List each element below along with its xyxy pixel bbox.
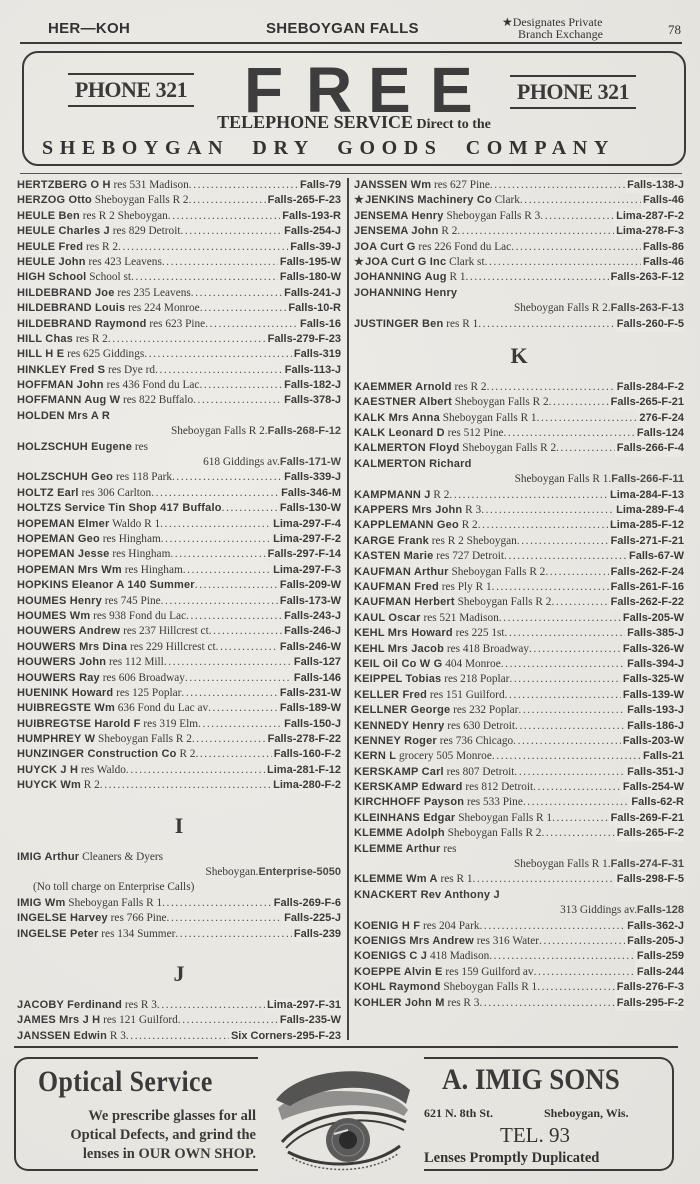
listing-name: IMIG Wm bbox=[17, 897, 65, 909]
listing-phone: Falls-298-F-5 bbox=[615, 872, 684, 887]
listing-phone: Falls-128 bbox=[637, 904, 684, 916]
listing-row: HUMPHREY W Sheboygan Falls R 2..........… bbox=[17, 732, 341, 747]
listing-phone: Falls-259 bbox=[635, 949, 684, 964]
listing-detail: R 2 bbox=[441, 225, 457, 237]
listing-continuation: 618 Giddings av.Falls-171-W bbox=[17, 455, 341, 470]
listing-detail: Waldo R 1 bbox=[112, 518, 160, 530]
listing-text: JOHANNING Henry bbox=[354, 286, 684, 301]
listing-row: HOLTZS Service Tin Shop 417 Buffalo.....… bbox=[17, 501, 341, 516]
listing-phone: Lima-281-F-12 bbox=[265, 763, 341, 778]
listing-name: JENKINS Machinery Co bbox=[354, 194, 492, 206]
listing-row: KERSKAMP Edward res 812 Detroit.........… bbox=[354, 780, 684, 795]
listing-row: HUYCK Wm R 2............................… bbox=[17, 778, 341, 793]
listing-name: HOLTZ Earl bbox=[17, 487, 79, 499]
listing-name: KASTEN Marie bbox=[354, 550, 433, 562]
listing-name: HOUWERS Andrew bbox=[17, 625, 120, 637]
listing-name: HERTZBERG O H bbox=[17, 179, 111, 191]
listing-phone: Falls-239 bbox=[292, 927, 341, 942]
listing-phone: Falls-205-W bbox=[621, 611, 684, 626]
listing-text: KALK Mrs Anna Sheboygan Falls R 1.......… bbox=[354, 411, 684, 426]
listing-detail: res 125 Poplar bbox=[116, 687, 181, 699]
optical-ad-line: lenses in OUR OWN SHOP. bbox=[26, 1145, 256, 1164]
listing-phone: Falls-160-F-2 bbox=[272, 747, 341, 762]
listing-detail: res 938 Fond du Lac bbox=[93, 610, 186, 622]
listing-text: HILDEBRAND Raymond res 623 Pine.........… bbox=[17, 317, 341, 332]
listing-row: HOPEMAN Mrs Wm res Hingham..............… bbox=[17, 563, 341, 578]
listing-row: IMIG Arthur Cleaners & Dyers bbox=[17, 850, 341, 865]
listing-detail: res Hingham bbox=[125, 564, 183, 576]
listing-detail: res 151 Guilford bbox=[430, 689, 505, 701]
section-gap bbox=[17, 942, 341, 950]
listing-text: HERTZBERG O H res 531 Madison...........… bbox=[17, 178, 341, 193]
listing-detail: res 418 Broadway bbox=[447, 643, 529, 655]
ad-service-small: Direct to the bbox=[413, 117, 491, 132]
ad-service-line: TELEPHONE SERVICE Direct to the bbox=[24, 112, 684, 133]
listing-name: KERN L bbox=[354, 750, 396, 762]
directory-page: HER—KOH SHEBOYGAN FALLS ★Designates Priv… bbox=[0, 0, 700, 1184]
section-letter: J bbox=[17, 950, 341, 998]
listing-continuation: Sheboygan Falls R 1.Falls-274-F-31 bbox=[354, 857, 684, 872]
listing-detail: res 627 Pine bbox=[434, 179, 490, 191]
listing-phone: Falls-244 bbox=[635, 965, 684, 980]
listing-name: KENNEDY Henry bbox=[354, 720, 444, 732]
listing-row: JOA Curt G Inc Clark st.................… bbox=[354, 255, 684, 270]
listing-phone: Falls-130-W bbox=[278, 501, 341, 516]
alpha-range: HER—KOH bbox=[48, 20, 130, 37]
listing-phone: Lima-287-F-2 bbox=[614, 209, 684, 224]
listing-detail: res Hingham bbox=[112, 548, 170, 560]
listing-row: KALK Mrs Anna Sheboygan Falls R 1.......… bbox=[354, 411, 684, 426]
listing-name: HEULE John bbox=[17, 256, 86, 268]
listing-text: HOLDEN Mrs A R bbox=[17, 409, 341, 424]
listing-address: Sheboygan Falls R 1 bbox=[514, 858, 608, 870]
listing-row: KLEMME Arthur res bbox=[354, 842, 684, 857]
listing-row: JOA Curt G res 226 Fond du Lac..........… bbox=[354, 240, 684, 255]
listing-phone: Falls-326-W bbox=[621, 642, 684, 657]
listing-row: JACOBY Ferdinand res R 3................… bbox=[17, 998, 341, 1013]
listing-detail: R 1 bbox=[449, 271, 465, 283]
listing-phone: Falls-231-W bbox=[278, 686, 341, 701]
listing-row: KERN L grocery 505 Monroe...............… bbox=[354, 749, 684, 764]
listing-row: HOUWERS Mrs Dina res 229 Hillcrest ct...… bbox=[17, 640, 341, 655]
listing-name: KALMERTON Floyd bbox=[354, 442, 459, 454]
ad-phone-left: PHONE 321 bbox=[68, 73, 194, 107]
listing-name: KALMERTON Richard bbox=[354, 458, 471, 470]
imig-ad-tel: TEL. 93 bbox=[500, 1123, 570, 1148]
listing-row: JENKINS Machinery Co Clark..............… bbox=[354, 193, 684, 208]
listing-text: JENKINS Machinery Co Clark..............… bbox=[354, 193, 684, 208]
listing-phone: Falls-62-R bbox=[629, 795, 684, 810]
listing-name: KEIL Oil Co W G bbox=[354, 658, 442, 670]
listing-phone: Lima-285-F-12 bbox=[608, 518, 684, 533]
listing-phone: Lima-280-F-2 bbox=[271, 778, 341, 793]
listing-name: HILL Chas bbox=[17, 333, 73, 345]
listing-address: 313 Giddings av bbox=[560, 904, 634, 916]
listing-name: HOUMES Henry bbox=[17, 595, 102, 607]
listing-name: JOHANNING Henry bbox=[354, 287, 457, 299]
listing-name: KOEPPE Alvin E bbox=[354, 966, 443, 978]
listing-row: KLEINHANS Edgar Sheboygan Falls R 1.....… bbox=[354, 811, 684, 826]
listing-detail: res 204 Park bbox=[423, 920, 479, 932]
listing-phone: Falls-243-J bbox=[282, 609, 341, 624]
ad-free-headline: F R E E bbox=[242, 62, 488, 118]
listing-phone: Lima-297-F-31 bbox=[265, 998, 341, 1013]
listing-name: HOLZSCHUH Eugene bbox=[17, 441, 132, 453]
listing-name: JANSSEN Edwin bbox=[17, 1030, 107, 1042]
listing-detail: res Ply R 1 bbox=[442, 581, 492, 593]
listing-continuation: Sheboygan Falls R 1.Falls-266-F-11 bbox=[354, 472, 684, 487]
section-letter: I bbox=[17, 802, 341, 850]
listing-detail: res 766 Pine bbox=[111, 912, 167, 924]
listing-detail: R 2 bbox=[179, 748, 195, 760]
listing-detail: res 121 Guilford bbox=[103, 1014, 178, 1026]
optical-ad-line: Optical Defects, and grind the bbox=[26, 1126, 256, 1145]
listing-detail: R 3 bbox=[465, 504, 481, 516]
listing-phone: Lima-284-F-13 bbox=[608, 488, 684, 503]
listing-phone: Falls-235-W bbox=[278, 1013, 341, 1028]
listing-row: KIRCHHOFF Payson res 533 Pine...........… bbox=[354, 795, 684, 810]
listing-row: INGELSE Peter res 134 Summer............… bbox=[17, 927, 341, 942]
listing-name: KAUFMAN Fred bbox=[354, 581, 439, 593]
listing-note: (No toll charge on Enterprise Calls) bbox=[17, 880, 341, 895]
listing-name: KAUFMAN Herbert bbox=[354, 596, 455, 608]
listing-name: IMIG Arthur bbox=[17, 851, 79, 863]
listing-detail: Sheboygan Falls R 1 bbox=[68, 897, 162, 909]
listing-row: Sheboygan Falls R 1.Falls-266-F-11 bbox=[354, 472, 684, 487]
listing-name: HEULE Fred bbox=[17, 241, 83, 253]
listing-detail: res 745 Pine bbox=[105, 595, 161, 607]
listing-detail: School st bbox=[89, 271, 131, 283]
listing-phone: Falls-268-F-12 bbox=[268, 425, 341, 437]
listing-name: HOFFMANN Aug W bbox=[17, 394, 120, 406]
listing-row: Sheboygan.Enterprise-5050 bbox=[17, 865, 341, 880]
listing-phone: Enterprise-5050 bbox=[258, 866, 341, 878]
listing-phone: Falls-319 bbox=[292, 347, 341, 362]
listing-address: 618 Giddings av bbox=[203, 456, 277, 468]
listing-detail: res 807 Detroit bbox=[447, 766, 515, 778]
listing-row: HOPEMAN Jesse res Hingham...............… bbox=[17, 547, 341, 562]
listing-row: HUNZINGER Construction Co R 2...........… bbox=[17, 747, 341, 762]
listing-name: HOLDEN Mrs A R bbox=[17, 410, 110, 422]
listing-row: HOUWERS Ray res 606 Broadway............… bbox=[17, 671, 341, 686]
listing-phone: Falls-79 bbox=[298, 178, 341, 193]
listing-continuation: Sheboygan Falls R 2.Falls-263-F-13 bbox=[354, 301, 684, 316]
listing-name: HUNZINGER Construction Co bbox=[17, 748, 177, 760]
listing-address: Sheboygan bbox=[205, 866, 255, 878]
listing-name: KLEMME Wm A bbox=[354, 873, 438, 885]
listing-phone: Falls-265-F-2 bbox=[615, 826, 684, 841]
listing-row: Sheboygan Falls R 2.Falls-263-F-13 bbox=[354, 301, 684, 316]
listing-row: HEULE Fred res R 2......................… bbox=[17, 240, 341, 255]
listing-phone: Falls-193-J bbox=[625, 703, 684, 718]
ad-service-big: TELEPHONE SERVICE bbox=[217, 112, 413, 132]
listing-name: KIRCHHOFF Payson bbox=[354, 796, 464, 808]
listing-detail: Clark bbox=[495, 194, 520, 206]
listing-phone: Falls-263-F-13 bbox=[611, 302, 684, 314]
listing-name: HOPEMAN Mrs Wm bbox=[17, 564, 122, 576]
imig-ad-address: 621 N. 8th St. bbox=[424, 1106, 493, 1121]
listing-detail: Sheboygan Falls R 3 bbox=[446, 210, 540, 222]
listing-row: HOUWERS Andrew res 237 Hillcrest ct.....… bbox=[17, 624, 341, 639]
listing-row: KAESTNER Albert Sheboygan Falls R 2.....… bbox=[354, 395, 684, 410]
listing-row: HERTZBERG O H res 531 Madison...........… bbox=[17, 178, 341, 193]
listing-row: HOLTZ Earl res 306 Carlton..............… bbox=[17, 486, 341, 501]
listing-text: JOA Curt G res 226 Fond du Lac..........… bbox=[354, 240, 684, 255]
listing-detail: res R 3 bbox=[447, 997, 479, 1009]
section-gap bbox=[17, 794, 341, 802]
listing-detail: res 226 Fond du Lac bbox=[418, 241, 511, 253]
listing-name: HINKLEY Fred S bbox=[17, 364, 105, 376]
listing-row: JANSSEN Edwin R 3.......................… bbox=[17, 1029, 341, 1044]
listing-detail: res 727 Detroit bbox=[436, 550, 504, 562]
listing-row: KELLNER George res 232 Poplar...........… bbox=[354, 703, 684, 718]
pbx-note: ★Designates Private Branch Exchange bbox=[502, 16, 603, 40]
listing-detail: res 606 Broadway bbox=[103, 672, 185, 684]
listing-detail: res 512 Pine bbox=[448, 427, 504, 439]
listing-phone: Falls-186-J bbox=[625, 719, 684, 734]
listing-detail: res 316 Water bbox=[477, 935, 539, 947]
listing-phone: Falls-67-W bbox=[627, 549, 684, 564]
listing-name: HOUMES Wm bbox=[17, 610, 90, 622]
optical-ad-body: We prescribe glasses for all Optical Def… bbox=[26, 1107, 256, 1164]
listing-name: KAUFMAN Arthur bbox=[354, 566, 449, 578]
listing-detail: res 423 Leavens bbox=[88, 256, 161, 268]
listing-detail: res 531 Madison bbox=[113, 179, 188, 191]
listing-phone: Falls-262-F-22 bbox=[609, 595, 684, 610]
listing-name: KERSKAMP Edward bbox=[354, 781, 463, 793]
listing-detail: Sheboygan Falls R 2 bbox=[452, 566, 546, 578]
listing-detail: res 736 Chicago bbox=[440, 735, 513, 747]
listing-row: KASTEN Marie res 727 Detroit............… bbox=[354, 549, 684, 564]
listing-name: HOPEMAN Elmer bbox=[17, 518, 109, 530]
listing-row: KENNEDY Henry res 630 Detroit...........… bbox=[354, 719, 684, 734]
listing-name: HUIBREGSTE Wm bbox=[17, 702, 115, 714]
listing-name: HILL H E bbox=[17, 348, 64, 360]
header-rule bbox=[20, 42, 682, 44]
listing-phone: 276-F-24 bbox=[637, 411, 684, 426]
listing-row: 313 Giddings av.Falls-128 bbox=[354, 903, 684, 918]
listing-row: JOHANNING Aug R 1.......................… bbox=[354, 270, 684, 285]
listing-detail: res Waldo bbox=[81, 764, 126, 776]
listing-detail: R 2 bbox=[433, 489, 449, 501]
listing-phone: Lima-289-F-4 bbox=[614, 503, 684, 518]
listing-phone: Falls-139-W bbox=[621, 688, 684, 703]
listing-detail: res 812 Detroit bbox=[465, 781, 533, 793]
listing-row: HEULE Ben res R 2 Sheboygan.............… bbox=[17, 209, 341, 224]
listing-row: KOHL Raymond Sheboygan Falls R 1........… bbox=[354, 980, 684, 995]
listing-row: 618 Giddings av.Falls-171-W bbox=[17, 455, 341, 470]
listing-detail: 404 Monroe bbox=[445, 658, 501, 670]
listing-detail: res Dye rd bbox=[108, 364, 155, 376]
listing-detail: res 118 Park bbox=[116, 471, 172, 483]
listing-text: HOLZSCHUH Eugene res bbox=[17, 440, 341, 455]
listing-row: KALMERTON Floyd Sheboygan Falls R 2.....… bbox=[354, 441, 684, 456]
listing-text: KNACKERT Rev Anthony J bbox=[354, 888, 684, 903]
listing-name: HOPEMAN Geo bbox=[17, 533, 100, 545]
listing-row: KARGE Frank res R 2 Sheboygan...........… bbox=[354, 534, 684, 549]
listing-phone: Falls-279-F-23 bbox=[266, 332, 341, 347]
listing-detail: res 625 Giddings bbox=[67, 348, 144, 360]
listing-row: HUIBREGSTE Wm 636 Fond du Lac av........… bbox=[17, 701, 341, 716]
dry-goods-ad: PHONE 321 F R E E PHONE 321 TELEPHONE SE… bbox=[22, 51, 686, 166]
listing-detail: res 229 Hillcrest ct bbox=[130, 641, 216, 653]
listing-phone: Falls-138-J bbox=[625, 178, 684, 193]
listing-row: KAMPMANN J R 2..........................… bbox=[354, 488, 684, 503]
listing-row: KEIPPEL Tobias res 218 Poplar...........… bbox=[354, 672, 684, 687]
listing-phone: Falls-203-W bbox=[621, 734, 684, 749]
listing-continuation: Sheboygan Falls R 2.Falls-268-F-12 bbox=[17, 424, 341, 439]
listing-row: HOPEMAN Geo res Hingham.................… bbox=[17, 532, 341, 547]
right-column: JANSSEN Wm res 627 Pine.................… bbox=[354, 178, 684, 1011]
listing-detail: res 829 Detroit bbox=[113, 225, 181, 237]
listing-row: KAPPERS Mrs John R 3....................… bbox=[354, 503, 684, 518]
listing-name: JENSEMA John bbox=[354, 225, 439, 237]
listing-row: KELLER Fred res 151 Guilford............… bbox=[354, 688, 684, 703]
listing-name: HUIBREGTSE Harold F bbox=[17, 718, 141, 730]
listing-phone: Falls-265-F-21 bbox=[609, 395, 684, 410]
listing-phone: Lima-278-F-3 bbox=[614, 224, 684, 239]
listing-phone: Falls-173-W bbox=[278, 594, 341, 609]
listing-continuation: Sheboygan.Enterprise-5050 bbox=[17, 865, 341, 880]
listing-phone: Falls-254-W bbox=[621, 780, 684, 795]
listing-detail: res 306 Carlton bbox=[82, 487, 152, 499]
ad-company-name: SHEBOYGAN DRY GOODS COMPANY bbox=[42, 137, 668, 160]
listing-row: JOHANNING Henry bbox=[354, 286, 684, 301]
listing-detail: Sheboygan Falls R 2 bbox=[458, 596, 552, 608]
listing-name: HEULE Ben bbox=[17, 210, 80, 222]
listing-phone: Falls-261-F-16 bbox=[609, 580, 684, 595]
listing-phone: Falls-266-F-4 bbox=[615, 441, 684, 456]
listing-name: HUMPHREY W bbox=[17, 733, 95, 745]
listing-phone: Falls-124 bbox=[635, 426, 684, 441]
listing-text: IMIG Arthur Cleaners & Dyers bbox=[17, 850, 341, 865]
free-letter: E bbox=[368, 62, 411, 118]
listing-row: JENSEMA Henry Sheboygan Falls R 3.......… bbox=[354, 209, 684, 224]
listing-row: HUYCK J H res Waldo.....................… bbox=[17, 763, 341, 778]
listing-row: HOUWERS John res 112 Mill...............… bbox=[17, 655, 341, 670]
listing-row: IMIG Wm Sheboygan Falls R 1.............… bbox=[17, 896, 341, 911]
listing-phone: Falls-274-F-31 bbox=[611, 858, 684, 870]
listing-detail: res 224 Monroe bbox=[128, 302, 200, 314]
listing-detail: res R 2 bbox=[86, 241, 118, 253]
listing-phone: Falls-385-J bbox=[625, 626, 684, 641]
listing-address: Sheboygan Falls R 1 bbox=[515, 473, 609, 485]
listing-phone: Falls-265-F-23 bbox=[266, 193, 341, 208]
listing-phone: Falls-189-W bbox=[278, 701, 341, 716]
listing-row: HOUMES Henry res 745 Pine...............… bbox=[17, 594, 341, 609]
listing-name: KNACKERT Rev Anthony J bbox=[354, 889, 500, 901]
listing-phone: Falls-362-J bbox=[625, 919, 684, 934]
listing-phone: Lima-297-F-4 bbox=[271, 517, 341, 532]
listing-detail: Clark st bbox=[449, 256, 484, 268]
listing-phone: Falls-195-W bbox=[278, 255, 341, 270]
listing-name: JOA Curt G bbox=[354, 241, 416, 253]
listing-row: JAMES Mrs J H res 121 Guilford..........… bbox=[17, 1013, 341, 1028]
listing-detail: res R 1 bbox=[441, 873, 473, 885]
listing-detail: Sheboygan Falls R 2 bbox=[462, 442, 556, 454]
city-heading: SHEBOYGAN FALLS bbox=[266, 20, 419, 37]
listing-detail: Sheboygan Falls R 1 bbox=[443, 981, 537, 993]
listing-row: HILDEBRAND Raymond res 623 Pine.........… bbox=[17, 317, 341, 332]
listing-name: KEHL Mrs Jacob bbox=[354, 643, 444, 655]
listing-row: JENSEMA John R 2........................… bbox=[354, 224, 684, 239]
listing-phone: Falls-241-J bbox=[282, 286, 341, 301]
listing-phone: Falls-46 bbox=[641, 255, 684, 270]
listing-row: JANSSEN Wm res 627 Pine.................… bbox=[354, 178, 684, 193]
listing-name: KELLER Fred bbox=[354, 689, 427, 701]
listing-row: HILDEBRAND Louis res 224 Monroe.........… bbox=[17, 301, 341, 316]
listing-row: KLEMME Adolph Sheboygan Falls R 2.......… bbox=[354, 826, 684, 841]
listing-phone: Falls-260-F-5 bbox=[615, 317, 684, 332]
listing-name: JENSEMA Henry bbox=[354, 210, 444, 222]
listing-detail: res bbox=[443, 843, 456, 855]
listing-row: HILDEBRAND Joe res 235 Leavens..........… bbox=[17, 286, 341, 301]
listing-detail: res 112 Mill bbox=[109, 656, 164, 668]
listing-phone: Falls-21 bbox=[641, 749, 684, 764]
listing-phone: Falls-180-W bbox=[278, 270, 341, 285]
listing-detail: grocery 505 Monroe bbox=[399, 750, 492, 762]
listing-detail: Sheboygan Falls R 1 bbox=[458, 812, 552, 824]
imig-sons-ad: A. IMIG SONS 621 N. 8th St. Sheboygan, W… bbox=[424, 1057, 674, 1171]
free-letter: E bbox=[430, 62, 473, 118]
listing-phone: Falls-113-J bbox=[283, 363, 341, 378]
listing-detail: res 232 Poplar bbox=[453, 704, 518, 716]
listing-name: KAPPLEMANN Geo bbox=[354, 519, 459, 531]
listing-detail: Sheboygan Falls R 2 bbox=[95, 194, 189, 206]
listing-row: KOENIGS C J 418 Madison.................… bbox=[354, 949, 684, 964]
listing-name: HUYCK Wm bbox=[17, 779, 81, 791]
listing-name: HOFFMAN John bbox=[17, 379, 104, 391]
listing-row: KOHLER John M res R 3...................… bbox=[354, 996, 684, 1011]
listing-detail: res 225 1st bbox=[456, 627, 505, 639]
listing-phone: Six Corners-295-F-23 bbox=[229, 1029, 341, 1044]
listing-phone: Falls-325-W bbox=[621, 672, 684, 687]
listing-name: HOLTZS Service Tin Shop 417 Buffalo bbox=[17, 502, 222, 514]
listing-address: Sheboygan Falls R 2 bbox=[171, 425, 265, 437]
listing-row: KALK Leonard D res 512 Pine.............… bbox=[354, 426, 684, 441]
listing-row: INGELSE Harvey res 766 Pine.............… bbox=[17, 911, 341, 926]
listing-phone: Falls-278-F-22 bbox=[266, 732, 341, 747]
free-letter: R bbox=[306, 62, 352, 118]
listing-detail: res 218 Poplar bbox=[444, 673, 509, 685]
listing-phone: Falls-193-R bbox=[280, 209, 341, 224]
listing-row: KERSKAMP Carl res 807 Detroit...........… bbox=[354, 765, 684, 780]
listing-detail: Sheboygan Falls R 2 bbox=[455, 396, 549, 408]
listing-phone: Falls-295-F-2 bbox=[615, 996, 684, 1011]
listing-name: HUENINK Howard bbox=[17, 687, 113, 699]
listing-phone: Falls-146 bbox=[292, 671, 341, 686]
listing-row: KOENIGS Mrs Andrew res 316 Water........… bbox=[354, 934, 684, 949]
listing-name: KOHLER John M bbox=[354, 997, 445, 1009]
listing-phone: Falls-346-M bbox=[279, 486, 341, 501]
listing-text: KLEMME Arthur res bbox=[354, 842, 684, 857]
optical-ad-title: Optical Service bbox=[38, 1065, 213, 1099]
imig-ad-city: Sheboygan, Wis. bbox=[544, 1106, 629, 1121]
listing-name: HOPKINS Eleanor A 140 Summer bbox=[17, 579, 195, 591]
listing-row: HUENINK Howard res 125 Poplar...........… bbox=[17, 686, 341, 701]
listing-row: KLEMME Wm A res R 1.....................… bbox=[354, 872, 684, 887]
listing-name: HOUWERS Mrs Dina bbox=[17, 641, 127, 653]
listing-phone: Falls-297-F-14 bbox=[266, 547, 341, 562]
listing-name: KENNEY Roger bbox=[354, 735, 437, 747]
listing-detail: res 533 Pine bbox=[467, 796, 523, 808]
listing-name: KELLNER George bbox=[354, 704, 450, 716]
listing-name: KOENIGS C J bbox=[354, 950, 427, 962]
page-number: 78 bbox=[668, 22, 681, 38]
listing-phone: Falls-127 bbox=[292, 655, 341, 670]
listing-row: HEULE John res 423 Leavens..............… bbox=[17, 255, 341, 270]
listing-row: KAUFMAN Arthur Sheboygan Falls R 2......… bbox=[354, 565, 684, 580]
